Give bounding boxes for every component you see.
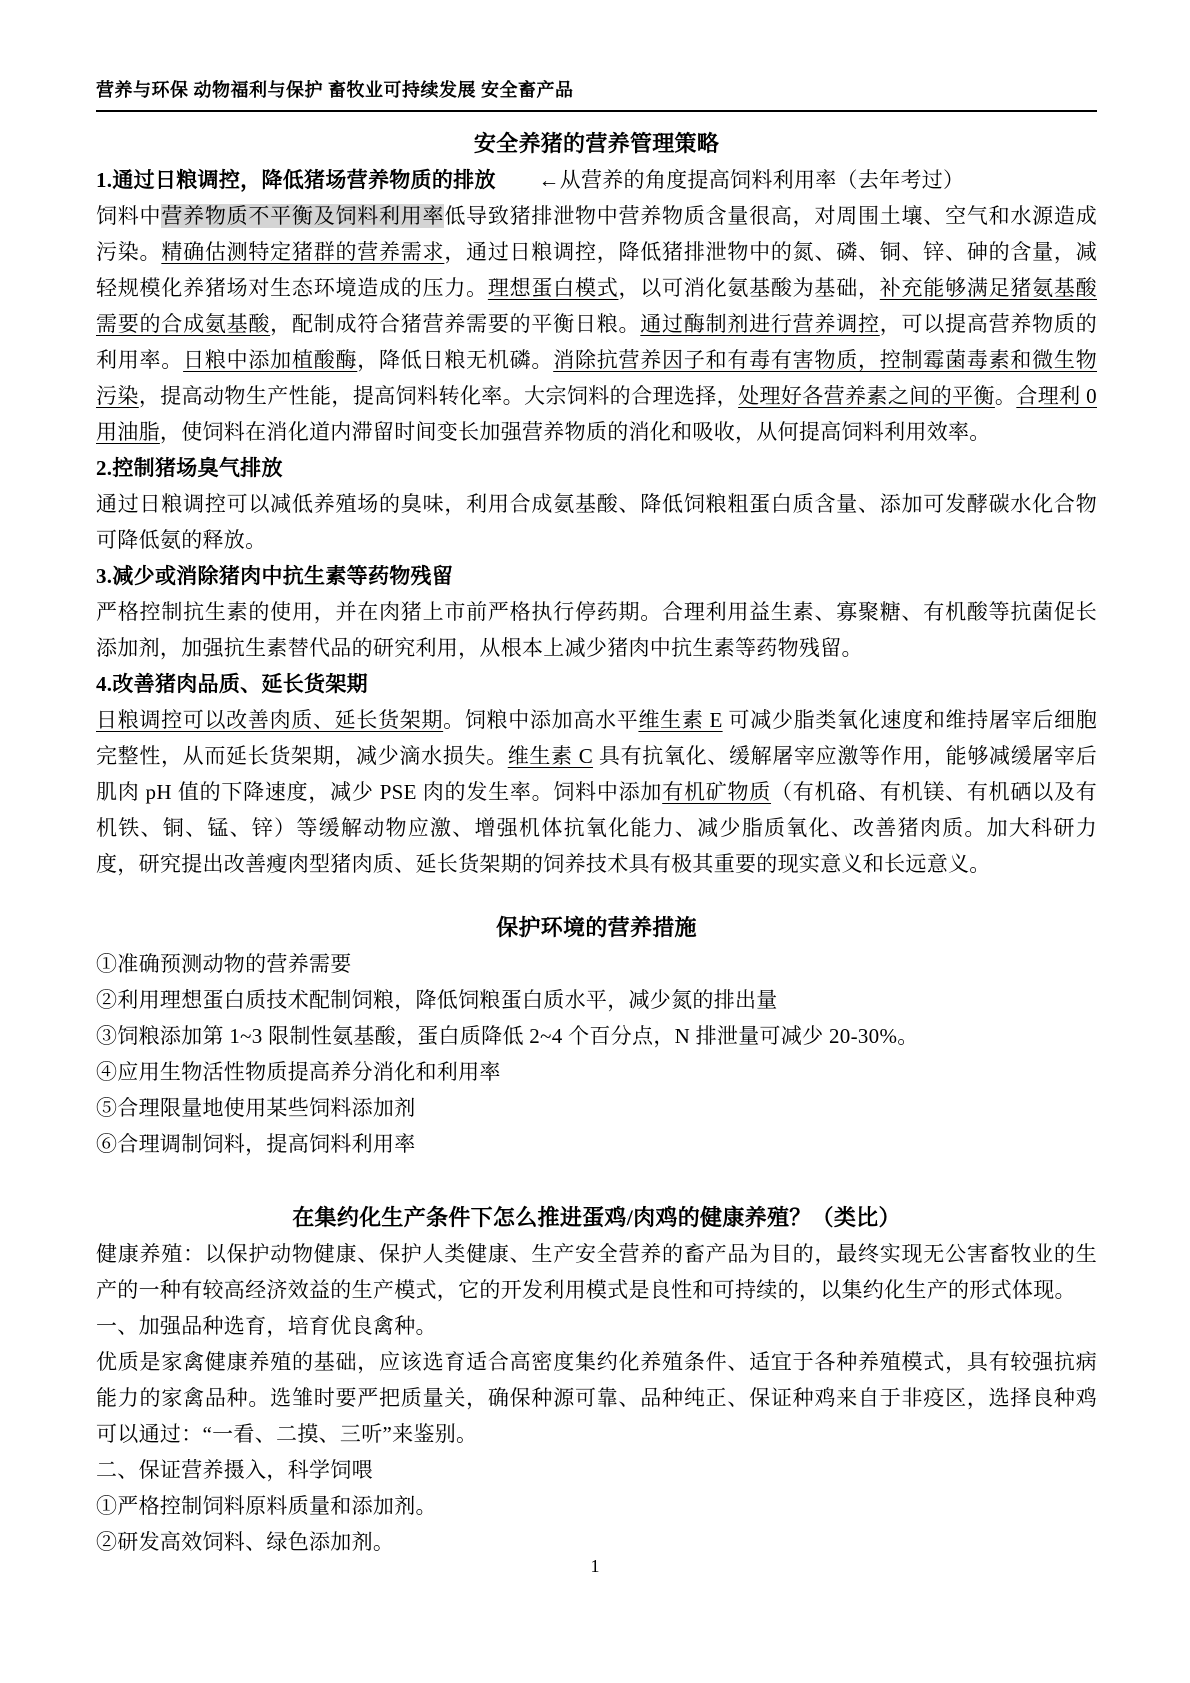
text-segment: 3.减少或消除猪肉中抗生素等药物残留: [96, 564, 453, 588]
document-page: 营养与环保 动物福利与保护 畜牧业可持续发展 安全畜产品 安全养猪的营养管理策略…: [0, 0, 1190, 1683]
text-segment: ，提高动物生产性能，提高饲料转化率。大宗饲料的合理选择，: [139, 384, 738, 408]
header-divider: [96, 110, 1097, 112]
text-segment: 严格控制抗生素的使用，并在肉猪上市前严格执行停药期。合理利用益生素、寡聚糖、有机…: [96, 600, 1097, 660]
text-segment: ←从营养的角度提高饲料利用率（去年考过）: [496, 168, 965, 192]
numbered-line-1: 一、加强品种选育，培育优良禽种。: [96, 1308, 1097, 1344]
list-item-1: ①准确预测动物的营养需要: [96, 946, 1097, 982]
text-segment: 2.控制猪场臭气排放: [96, 456, 283, 480]
underlined-text: 日粮调控可以改善肉质、延长货架期: [96, 708, 443, 732]
text-segment: ⑥合理调制饲料，提高饲料利用率: [96, 1132, 416, 1156]
text-segment: ④应用生物活性物质提高养分消化和利用率: [96, 1060, 501, 1084]
text-segment: 在集约化生产条件下怎么推进蛋鸡/肉鸡的健康养殖？（类比）: [292, 1205, 901, 1230]
text-segment: ，降低日粮无机磷。: [357, 348, 553, 372]
text-segment: 。饲粮中添加高水平: [443, 708, 638, 732]
section-heading-3: 3.减少或消除猪肉中抗生素等药物残留: [96, 558, 1097, 594]
section-heading-4: 4.改善猪肉品质、延长货架期: [96, 666, 1097, 702]
sub-item-2: ②研发高效饲料、绿色添加剂。: [96, 1524, 1097, 1560]
underlined-text: 有机矿物质: [662, 780, 771, 804]
highlighted-text: 营养物质不平衡及饲料利用率: [161, 204, 444, 228]
spacer: [96, 882, 1097, 910]
text-segment: 一、加强品种选育，培育优良禽种。: [96, 1314, 437, 1338]
paragraph-6: 优质是家禽健康养殖的基础，应该选育适合高密度集约化养殖条件、适宜于各种养殖模式，…: [96, 1344, 1097, 1452]
paragraph-3: 严格控制抗生素的使用，并在肉猪上市前严格执行停药期。合理利用益生素、寡聚糖、有机…: [96, 594, 1097, 666]
text-segment: ③饲粮添加第 1~3 限制性氨基酸，蛋白质降低 2~4 个百分点，N 排泄量可减…: [96, 1024, 919, 1048]
page-header: 营养与环保 动物福利与保护 畜牧业可持续发展 安全畜产品: [96, 76, 574, 102]
paragraph-5: 健康养殖：以保护动物健康、保护人类健康、生产安全营养的畜产品为目的，最终实现无公…: [96, 1236, 1097, 1308]
text-segment: 健康养殖：以保护动物健康、保护人类健康、生产安全营养的畜产品为目的，最终实现无公…: [96, 1242, 1097, 1302]
spacer: [96, 1162, 1097, 1200]
paragraph-4: 日粮调控可以改善肉质、延长货架期。饲粮中添加高水平维生素 E 可减少脂类氧化速度…: [96, 702, 1097, 882]
underlined-text: 通过酶制剂进行营养调控: [640, 312, 879, 336]
sub-item-1: ①严格控制饲料原料质量和添加剂。: [96, 1488, 1097, 1524]
page-number: 1: [591, 1556, 600, 1576]
list-item-6: ⑥合理调制饲料，提高饲料利用率: [96, 1126, 1097, 1162]
list-item-4: ④应用生物活性物质提高养分消化和利用率: [96, 1054, 1097, 1090]
text-segment: 二、保证营养摄入，科学饲喂: [96, 1458, 373, 1482]
document-content: 安全养猪的营养管理策略1.通过日粮调控，降低猪场营养物质的排放 ←从营养的角度提…: [96, 126, 1097, 1560]
text-segment: 1.通过日粮调控，降低猪场营养物质的排放: [96, 168, 496, 192]
list-item-2: ②利用理想蛋白质技术配制饲粮，降低饲粮蛋白质水平，减少氮的排出量: [96, 982, 1097, 1018]
text-segment: ②利用理想蛋白质技术配制饲粮，降低饲粮蛋白质水平，减少氮的排出量: [96, 988, 778, 1012]
text-segment: ，配制成符合猪营养需要的平衡日粮。: [270, 312, 640, 336]
text-segment: ②研发高效饲料、绿色添加剂。: [96, 1530, 394, 1554]
doc-title-environment: 保护环境的营养措施: [96, 910, 1097, 946]
text-segment: 饲料中: [96, 204, 161, 228]
page-footer: 1: [0, 1556, 1190, 1577]
text-segment: ①准确预测动物的营养需要: [96, 952, 352, 976]
underlined-text: 维生素 E: [638, 708, 722, 732]
text-segment: ⑤合理限量地使用某些饲料添加剂: [96, 1096, 416, 1120]
text-segment: ，以可消化氨基酸为基础，: [619, 276, 880, 300]
text-segment: ①严格控制饲料原料质量和添加剂。: [96, 1494, 437, 1518]
underlined-text: 理想蛋白模式: [488, 276, 619, 300]
text-segment: 优质是家禽健康养殖的基础，应该选育适合高密度集约化养殖条件、适宜于各种养殖模式，…: [96, 1350, 1097, 1446]
numbered-line-2: 二、保证营养摄入，科学饲喂: [96, 1452, 1097, 1488]
underlined-text: 维生素 C: [508, 744, 593, 768]
underlined-text: 处理好各营养素之间的平衡: [738, 384, 995, 408]
text-segment: ，使饲料在消化道内滞留时间变长加强营养物质的消化和吸收，从何提高饲料利用效率。: [160, 420, 991, 444]
doc-title-poultry: 在集约化生产条件下怎么推进蛋鸡/肉鸡的健康养殖？（类比）: [96, 1200, 1097, 1236]
doc-title-pig-strategy: 安全养猪的营养管理策略: [96, 126, 1097, 162]
underlined-text: 精确估测特定猪群的营养需求: [161, 240, 444, 264]
text-segment: 。: [995, 384, 1016, 408]
section-heading-2: 2.控制猪场臭气排放: [96, 450, 1097, 486]
paragraph-2: 通过日粮调控可以减低养殖场的臭味，利用合成氨基酸、降低饲粮粗蛋白质含量、添加可发…: [96, 486, 1097, 558]
text-segment: 通过日粮调控可以减低养殖场的臭味，利用合成氨基酸、降低饲粮粗蛋白质含量、添加可发…: [96, 492, 1097, 552]
underlined-text: 日粮中添加植酸酶: [183, 348, 357, 372]
list-item-5: ⑤合理限量地使用某些饲料添加剂: [96, 1090, 1097, 1126]
section-heading-1: 1.通过日粮调控，降低猪场营养物质的排放 ←从营养的角度提高饲料利用率（去年考过…: [96, 162, 1097, 198]
paragraph-1: 饲料中营养物质不平衡及饲料利用率低导致猪排泄物中营养物质含量很高，对周围土壤、空…: [96, 198, 1097, 450]
text-segment: 保护环境的营养措施: [496, 915, 697, 940]
text-segment: 安全养猪的营养管理策略: [474, 131, 719, 156]
list-item-3: ③饲粮添加第 1~3 限制性氨基酸，蛋白质降低 2~4 个百分点，N 排泄量可减…: [96, 1018, 1097, 1054]
text-segment: 4.改善猪肉品质、延长货架期: [96, 672, 368, 696]
